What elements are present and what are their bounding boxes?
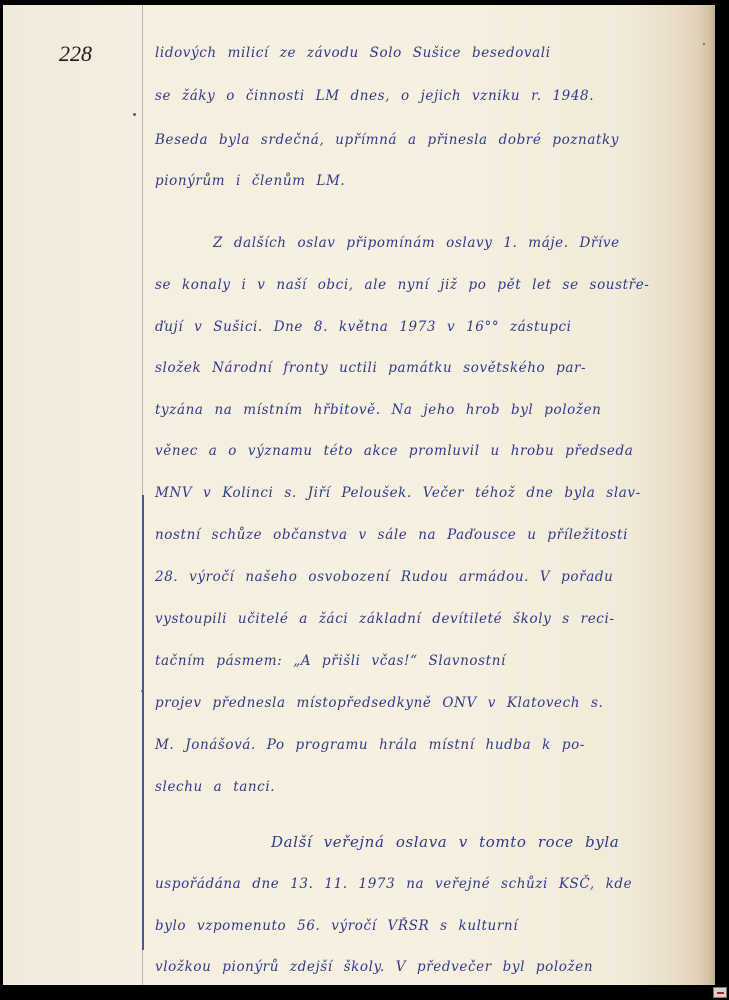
handwritten-line: Další veřejná oslava v tomto roce byla bbox=[271, 833, 619, 851]
document-page: 228 lidových milicí ze závodu Solo Sušic… bbox=[3, 5, 715, 985]
handwritten-line: uspořádána dne 13. 11. 1973 na veřejné s… bbox=[155, 876, 632, 892]
page-binding-shadow bbox=[697, 5, 715, 985]
handwritten-line: MNV v Kolinci s. Jiří Peloušek. Večer té… bbox=[155, 485, 641, 501]
handwritten-line: M. Jonášová. Po programu hrála místní hu… bbox=[155, 737, 585, 753]
handwritten-line: věnec a o významu této akce promluvil u … bbox=[155, 443, 633, 459]
handwritten-line: vystoupili učitelé a žáci základní devít… bbox=[155, 611, 615, 627]
minimize-icon[interactable] bbox=[713, 987, 727, 998]
paper-speck bbox=[141, 690, 143, 692]
handwritten-line: slechu a tanci. bbox=[155, 779, 275, 795]
handwritten-line: tyzána na místním hřbitově. Na jeho hrob… bbox=[155, 402, 601, 418]
handwritten-line: složek Národní fronty uctili památku sov… bbox=[155, 360, 586, 376]
handwritten-line: tačním pásmem: „A přišli včas!“ Slavnost… bbox=[155, 653, 506, 669]
handwritten-line: bylo vzpomenuto 56. výročí VŘSR s kultur… bbox=[155, 918, 518, 934]
handwritten-line: 28. výročí našeho osvobození Rudou armád… bbox=[155, 569, 613, 585]
handwritten-line: se konaly i v naší obci, ale nyní již po… bbox=[155, 277, 649, 293]
page-number: 228 bbox=[59, 41, 92, 67]
handwritten-line: Beseda byla srdečná, upřímná a přinesla … bbox=[155, 132, 619, 148]
paper-speck bbox=[703, 43, 705, 45]
handwritten-line: Z dalších oslav připomínám oslavy 1. máj… bbox=[213, 235, 620, 251]
margin-rule-ink bbox=[142, 495, 144, 950]
handwritten-line: pionýrům i členům LM. bbox=[155, 173, 345, 189]
handwritten-line: vložkou pionýrů zdejší školy. V předveče… bbox=[155, 959, 593, 975]
handwritten-line: projev přednesla místopředsedkyně ONV v … bbox=[155, 695, 603, 711]
handwritten-line: se žáky o činnosti LM dnes, o jejich vzn… bbox=[155, 88, 594, 104]
handwritten-line: lidových milicí ze závodu Solo Sušice be… bbox=[155, 45, 551, 61]
paper-speck bbox=[133, 113, 136, 116]
handwritten-line: nostní schůze občanstva v sále na Paďous… bbox=[155, 527, 628, 543]
handwritten-line: ďují v Sušici. Dne 8. května 1973 v 16°°… bbox=[155, 319, 572, 335]
